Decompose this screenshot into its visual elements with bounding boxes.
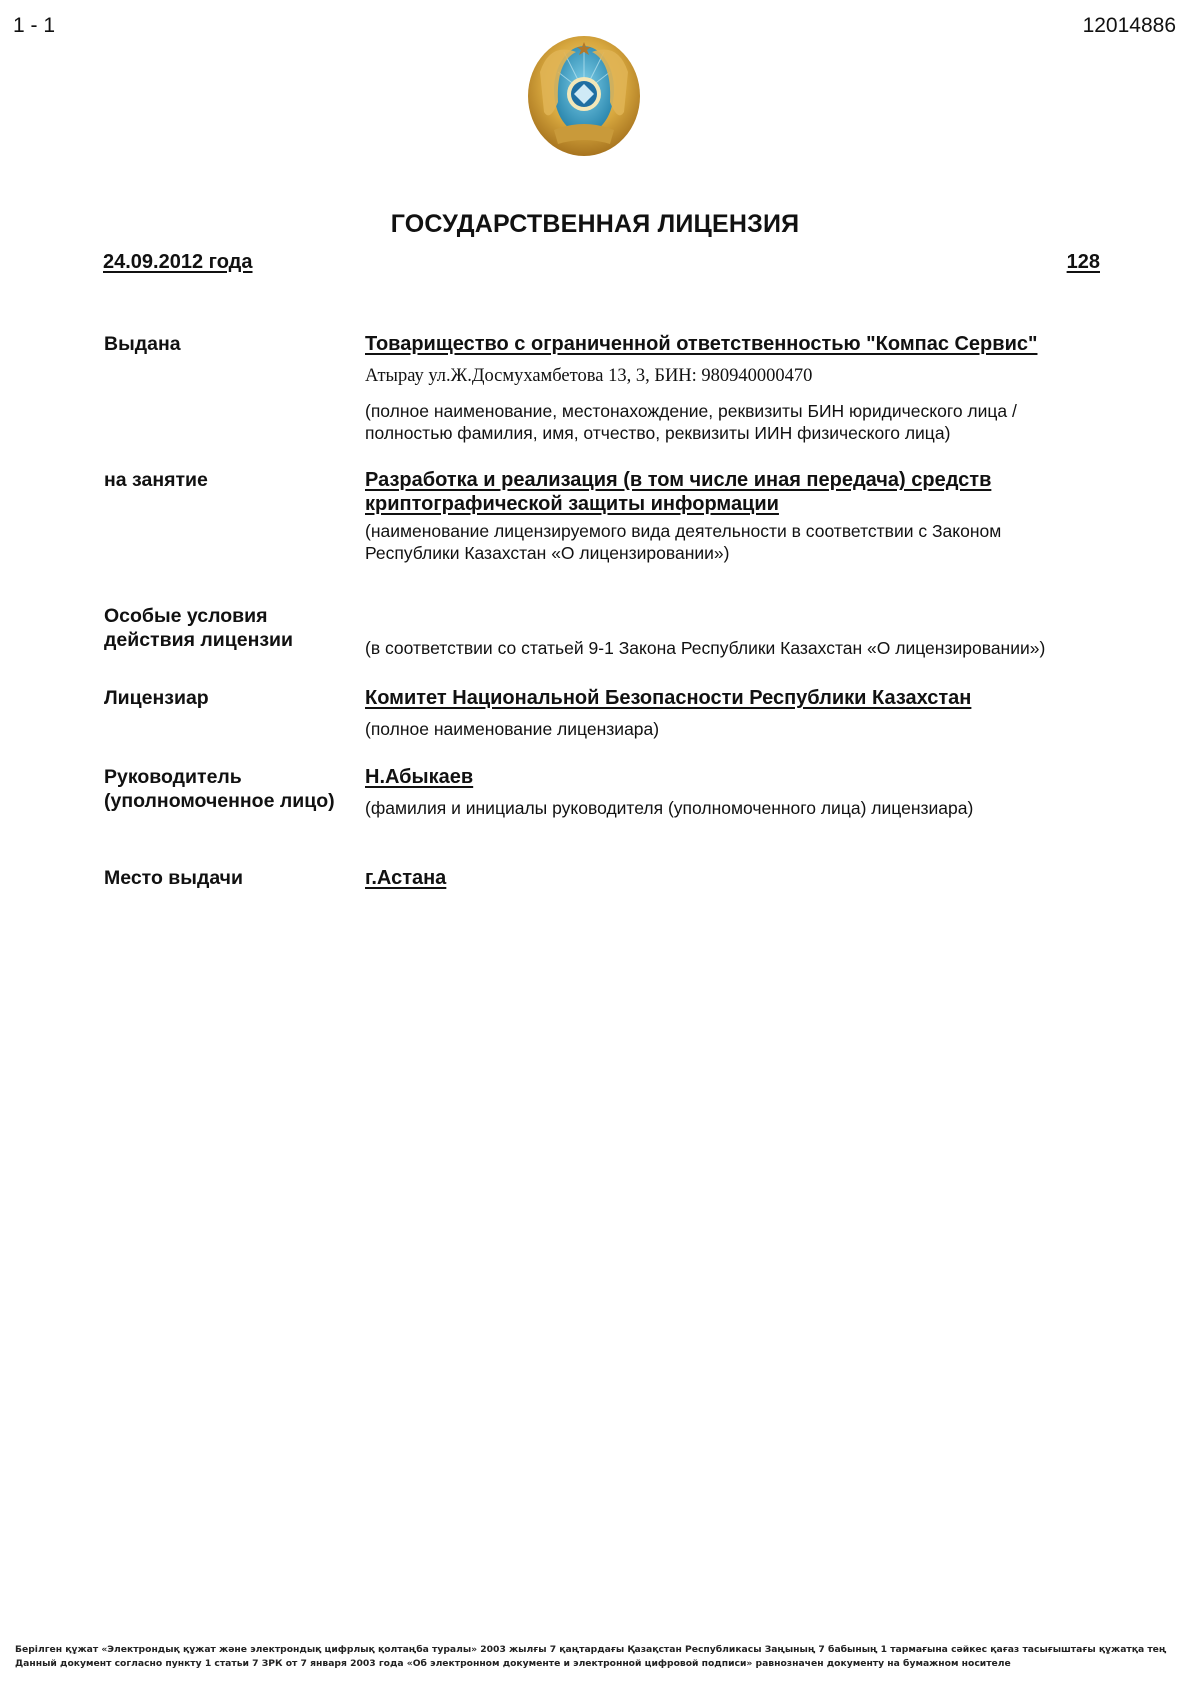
footer-line-ru: Данный документ согласно пункту 1 статьи… bbox=[15, 1657, 1166, 1671]
activity-label: на занятие bbox=[104, 468, 208, 493]
special-conditions-label-1: Особые условия bbox=[104, 604, 267, 629]
issued-to-label: Выдана bbox=[104, 332, 181, 357]
head-hint: (фамилия и инициалы руководителя (уполно… bbox=[365, 797, 1125, 819]
issued-to-hint-1: (полное наименование, местонахождение, р… bbox=[365, 400, 1125, 422]
page-index: 1 - 1 bbox=[13, 14, 55, 38]
activity-hint-2: Республики Казахстан «О лицензировании») bbox=[365, 542, 1125, 564]
special-conditions-hint: (в соответствии со статьей 9-1 Закона Ре… bbox=[365, 637, 1125, 659]
issue-date: 24.09.2012 года bbox=[103, 251, 253, 274]
state-emblem-icon bbox=[520, 32, 648, 162]
licensee-name: Товарищество с ограниченной ответственно… bbox=[365, 332, 1125, 357]
activity-value-1: Разработка и реализация (в том числе ина… bbox=[365, 468, 1125, 493]
issued-to-hint-2: полностью фамилия, имя, отчество, реквиз… bbox=[365, 422, 1125, 444]
licensor-value: Комитет Национальной Безопасности Респуб… bbox=[365, 686, 1125, 711]
activity-value-2: криптографической защиты информации bbox=[365, 492, 1125, 517]
licensor-hint: (полное наименование лицензиара) bbox=[365, 718, 1125, 740]
document-number: 12014886 bbox=[1083, 14, 1176, 38]
license-number: 128 bbox=[1067, 251, 1100, 274]
footer-notice: Берілген құжат «Электрондық құжат және э… bbox=[15, 1643, 1166, 1671]
activity-hint-1: (наименование лицензируемого вида деятел… bbox=[365, 520, 1125, 542]
head-value: Н.Абыкаев bbox=[365, 765, 1125, 790]
licensee-address: Атырау ул.Ж.Досмухамбетова 13, 3, БИН: 9… bbox=[365, 366, 1125, 387]
head-label-2: (уполномоченное лицо) bbox=[104, 789, 335, 814]
document-title: ГОСУДАРСТВЕННАЯ ЛИЦЕНЗИЯ bbox=[0, 210, 1190, 239]
licensor-label: Лицензиар bbox=[104, 686, 209, 711]
special-conditions-label-2: действия лицензии bbox=[104, 628, 293, 653]
footer-line-kz: Берілген құжат «Электрондық құжат және э… bbox=[15, 1643, 1166, 1657]
place-label: Место выдачи bbox=[104, 866, 243, 891]
head-label-1: Руководитель bbox=[104, 765, 242, 790]
place-value: г.Астана bbox=[365, 866, 1125, 891]
